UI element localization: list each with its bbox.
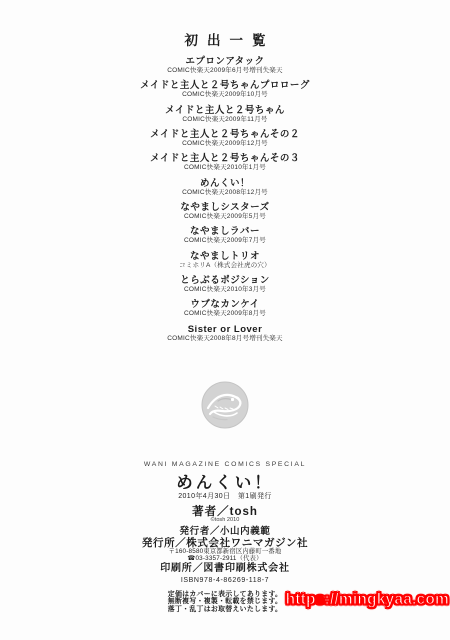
work-title: なやましラバー (0, 226, 450, 237)
work-title: めんくい！ (0, 178, 450, 189)
wani-magazine-logo-icon (201, 381, 249, 429)
watermark-prefix: http (286, 591, 316, 608)
list-item: ウブなカンケイ COMIC快楽天2009年8月号 (0, 299, 450, 323)
work-source: COMIC快楽天2009年6月号増刊失楽天 (0, 67, 450, 75)
list-item: メイドと主人と２号ちゃん COMIC快楽天2009年11月号 (0, 105, 450, 129)
edition-line: 2010年4月30日 第1刷発行 (0, 491, 450, 501)
printer-line: 印刷所／図書印刷株式会社 (0, 559, 450, 574)
work-source: COMIC快楽天2008年12月号 (0, 189, 450, 197)
list-item: なやましシスターズ COMIC快楽天2009年5月号 (0, 202, 450, 226)
work-title: メイドと主人と２号ちゃんその３ (0, 153, 450, 164)
watermark-suffix: ://mingkyaa.com (325, 591, 449, 608)
list-item: とらぶるポジション COMIC快楽天2010年3月号 (0, 275, 450, 299)
copyright-line: ©tosh 2010 (0, 517, 450, 523)
work-title: ウブなカンケイ (0, 299, 450, 310)
work-title: エプロンアタック (0, 56, 450, 67)
work-title: メイドと主人と２号ちゃんプロローグ (0, 80, 450, 91)
work-source: COMIC快楽天2009年12月号 (0, 140, 450, 148)
work-source: COMIC快楽天2009年10月号 (0, 91, 450, 99)
list-item: メイドと主人と２号ちゃんプロローグ COMIC快楽天2009年10月号 (0, 80, 450, 104)
work-source: COMIC快楽天2009年7月号 (0, 237, 450, 245)
site-watermark: https://mingkyaa.com (286, 591, 449, 609)
work-source: COMIC快楽天2010年3月号 (0, 286, 450, 294)
page-title: 初出一覧 (0, 29, 450, 49)
list-item: めんくい！ COMIC快楽天2008年12月号 (0, 178, 450, 202)
list-item: なやましトリオ コミホリA（株式会社虎の穴） (0, 251, 450, 275)
list-item: メイドと主人と２号ちゃんその３ COMIC快楽天2010年1月号 (0, 153, 450, 177)
first-publication-list: エプロンアタック COMIC快楽天2009年6月号増刊失楽天 メイドと主人と２号… (0, 56, 450, 348)
watermark-highlight: s (316, 591, 325, 608)
work-source: COMIC快楽天2009年8月号 (0, 310, 450, 318)
work-title: メイドと主人と２号ちゃん (0, 105, 450, 116)
work-title: メイドと主人と２号ちゃんその２ (0, 129, 450, 140)
imprint-label: WANI MAGAZINE COMICS SPECIAL (0, 461, 450, 468)
work-source: コミホリA（株式会社虎の穴） (0, 262, 450, 270)
list-item: なやましラバー COMIC快楽天2009年7月号 (0, 226, 450, 250)
book-title: めんくい！ (0, 469, 450, 493)
list-item: Sister or Lover COMIC快楽天2008年8月号増刊失楽天 (0, 324, 450, 348)
work-title: とらぶるポジション (0, 275, 450, 286)
isbn-number: ISBN978-4-86269-118-7 (0, 577, 450, 584)
work-title: Sister or Lover (0, 324, 450, 335)
work-source: COMIC快楽天2009年11月号 (0, 116, 450, 124)
colophon-page: 初出一覧 エプロンアタック COMIC快楽天2009年6月号増刊失楽天 メイドと… (0, 0, 450, 640)
work-source: COMIC快楽天2008年8月号増刊失楽天 (0, 335, 450, 343)
work-source: COMIC快楽天2010年1月号 (0, 164, 450, 172)
list-item: エプロンアタック COMIC快楽天2009年6月号増刊失楽天 (0, 56, 450, 80)
work-source: COMIC快楽天2009年5月号 (0, 213, 450, 221)
work-title: なやましシスターズ (0, 202, 450, 213)
list-item: メイドと主人と２号ちゃんその２ COMIC快楽天2009年12月号 (0, 129, 450, 153)
work-title: なやましトリオ (0, 251, 450, 262)
